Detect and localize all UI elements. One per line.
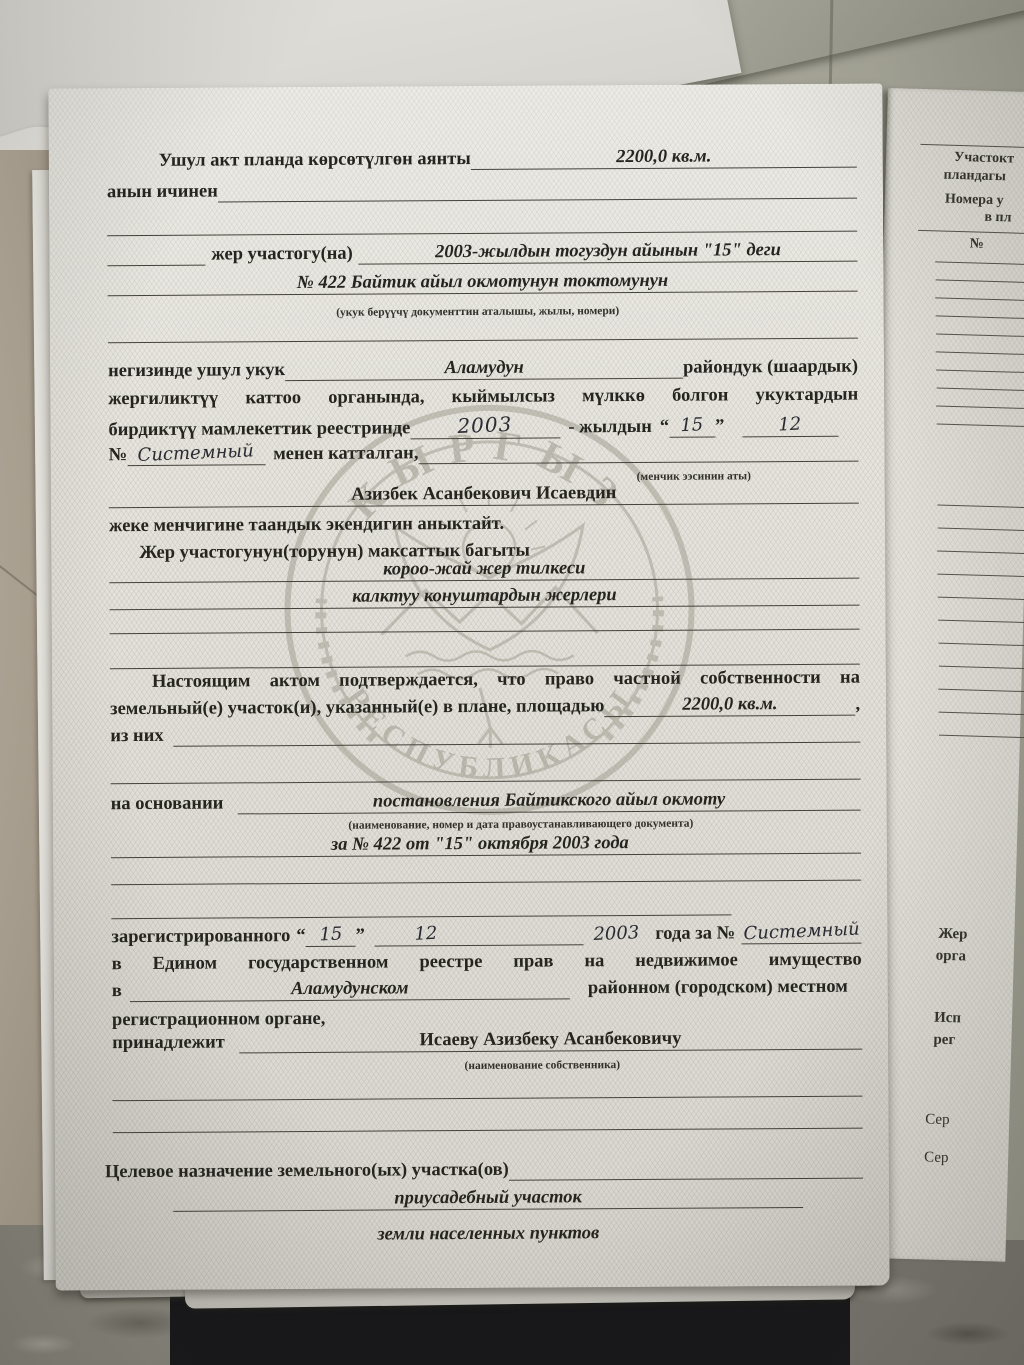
parcel-value: 2003-жылдын тогуздун айынын "15" деги [359,240,858,265]
registered-line: зарегистрированного “ 15 ” 12 2003 года … [111,922,861,949]
basis-label: на основании [111,794,224,816]
of-them-label: из них [110,726,163,748]
blank-rule [113,1096,863,1102]
purpose-line-2: калктуу конуштардын жерлери [109,584,859,611]
parcel-label: жер участогу(на) [211,244,353,266]
target-value-line-1: приусадебный участок [113,1186,863,1213]
form-rule [936,315,1024,319]
blank-rule [108,338,858,344]
act-statement-line2: земельный(е) участок(и), указанный(е) в … [110,694,860,721]
reg-month-handwritten: 12 [414,924,438,946]
blank-fill [174,742,861,747]
belongs-caption: (наименование собственника) [332,1058,752,1073]
form-rule [920,144,1024,149]
target-value-1: приусадебный участок [173,1186,803,1212]
form-rule [918,230,1024,235]
open-quote: “ [660,417,669,438]
basis-caption: (наименование, номер и дата правоустанав… [261,817,781,832]
basis-line: на основании постановления Байтикского а… [111,789,861,816]
open-quote: “ [296,926,305,947]
right-page-text: рег [933,1032,955,1050]
registered-with: менен катталган, [273,443,418,465]
reg-no-handwritten: Системный [743,920,860,945]
purpose-value-2: калктуу конуштардын жерлери [109,584,859,611]
right-page-text: Жер [938,926,968,944]
owner-name: Азизбек Асанбекович Исаевдин [109,482,859,509]
right-page-text: Сер [925,1111,950,1129]
basis-detail-value: за № 422 от "15" октября 2003 года [111,832,861,859]
form-rule [938,597,1024,601]
right-page-text: Сер [924,1149,949,1167]
close-quote: ” [715,416,724,437]
reg-year-handwritten: 2003 [593,923,640,946]
form-line-basis-right: негизинде ушул укук Аламудун райондук (ш… [108,356,858,383]
form-rule [937,551,1024,555]
blank-fill [218,198,857,203]
form-rule [939,712,1024,716]
belongs-line: принадлежит Исаеву Азизбеку Асанбековичу [112,1028,862,1055]
registry-label: бирдиктүү мамлекеттик реестринде [108,418,410,441]
form-rule [938,689,1024,693]
form-line-owner: Азизбек Асанбекович Исаевдин [109,482,859,509]
including-label: анын ичинен [107,182,218,204]
basis-detail-line: за № 422 от "15" октября 2003 года [111,832,861,859]
reg-mid-label: года за № [655,923,735,945]
act-area-value: 2200,0 кв.м. [604,694,855,718]
right-page-text: Участокт [954,150,1014,168]
regno-handwritten: Системный [138,441,255,466]
right-page-text: орга [936,948,967,966]
basis-pre: негизинде ушул укук [108,360,285,382]
form-line-reg-number: № Системный менен катталган, [109,440,859,467]
in-label: в [112,981,122,1002]
blank-fill [107,265,205,267]
unified-registry-line: в Едином государственном реестре прав на… [112,950,862,976]
target-purpose-line: Целевое назначение земельного(ых) участк… [113,1158,863,1184]
blank-rule [111,914,731,919]
form-rule [938,528,1024,532]
target-label: Целевое назначение земельного(ых) участк… [105,1160,509,1184]
reg-day-handwritten: 15 [319,924,343,946]
basis-post: райондук (шаардык) [683,357,858,379]
org-district-value: Аламудунском [130,977,570,1002]
form-rule [937,505,1024,509]
form-rule [939,666,1024,670]
form-rule [936,369,1024,373]
registration-org-line: в Аламудунском районном (городском) мест… [112,976,862,1003]
form-rule [937,423,1024,427]
land-act-page: КЫРГЫЗ РЕСПУБЛИКАСЫ Ушул акт планда көрс… [48,83,889,1290]
right-page-text: пландагы [943,168,1006,186]
act-statement-line3: из них [110,722,860,748]
number-sign: № [109,445,128,466]
close-quote: ” [356,926,365,947]
district-value: Аламудун [285,357,683,382]
form-rule [936,333,1024,337]
act-statement-line1: Настоящим актом подтверждается, что прав… [110,668,860,694]
registry-text-line: жергиликтүү каттоо органында, кыймылсыз … [108,385,858,411]
target-value-2: земли населенных пунктов [113,1222,863,1248]
blank-fill [418,461,858,465]
blank-rule [107,231,857,237]
form-rule [936,351,1024,355]
basis-value: постановления Байтикского айыл окмоту [237,789,860,815]
act-pre: земельный(е) участок(и), указанный(е) в … [110,696,604,720]
right-page-text: № [969,236,984,252]
right-page-text: Исп [934,1010,961,1028]
target-value-line-2: земли населенных пунктов [113,1222,863,1248]
form-content: Ушул акт планда көрсөтүлгөн аянты 2200,0… [106,84,863,1291]
belongs-name: Исаеву Азизбеку Асанбековичу [239,1028,862,1054]
form-line-registry-date: бирдиктүү мамлекеттик реестринде 2003 - … [108,412,858,442]
photo-of-land-act-document: { "doc": { "q_open": "“", "q_close": "”"… [0,0,1024,1365]
org-type-label: районном (городском) местном [588,977,848,1000]
right-page-text: Номера у [945,192,1004,210]
form-rule [937,574,1024,578]
document-name-caption: (укук берүүчү документтин аталышы, жылы,… [218,304,738,319]
area-value: 2200,0 кв.м. [471,146,857,171]
form-rule [938,620,1024,624]
form-rule [936,279,1024,283]
purpose-value-1: короо-жай жер тилкеси [109,557,859,584]
form-line-parcel: жер участогу(на) 2003-жылдын тогуздун ай… [107,240,857,267]
form-rule [939,643,1024,647]
blank-rule [110,629,860,635]
form-line-decree: № 422 Байтик айыл окмотунун токтомунун [107,270,857,297]
year-handwritten: 2003 [457,413,513,438]
belongs-label: принадлежит [112,1032,225,1054]
blank-rule [111,779,861,785]
act-comma: , [855,695,860,716]
form-rule [936,405,1024,409]
form-rule [935,297,1024,301]
blank-fill [509,1178,863,1181]
day-handwritten: 15 [680,415,704,437]
right-page-text: в пл [984,210,1011,227]
year-word: - жылдын [568,417,652,439]
registered-label: зарегистрированного [111,926,290,948]
form-rule [939,735,1024,739]
form-rule [935,261,1024,265]
month-handwritten: 12 [778,415,802,437]
blank-rule [111,880,861,886]
form-line-area: Ушул акт планда көрсөтүлгөн аянты 2200,0… [107,146,857,173]
purpose-line-1: короо-жай жер тилкеси [109,557,859,584]
form-rule [937,387,1024,391]
decree-value: № 422 Байтик айыл окмотунун токтомунун [107,270,857,297]
blank-rule [113,1128,863,1134]
ownership-statement: жеке менчигине таандык экендигин аныктай… [109,512,859,538]
form-line-including: анын ичинен [107,178,857,204]
area-label: Ушул акт планда көрсөтүлгөн аянты [159,149,471,172]
